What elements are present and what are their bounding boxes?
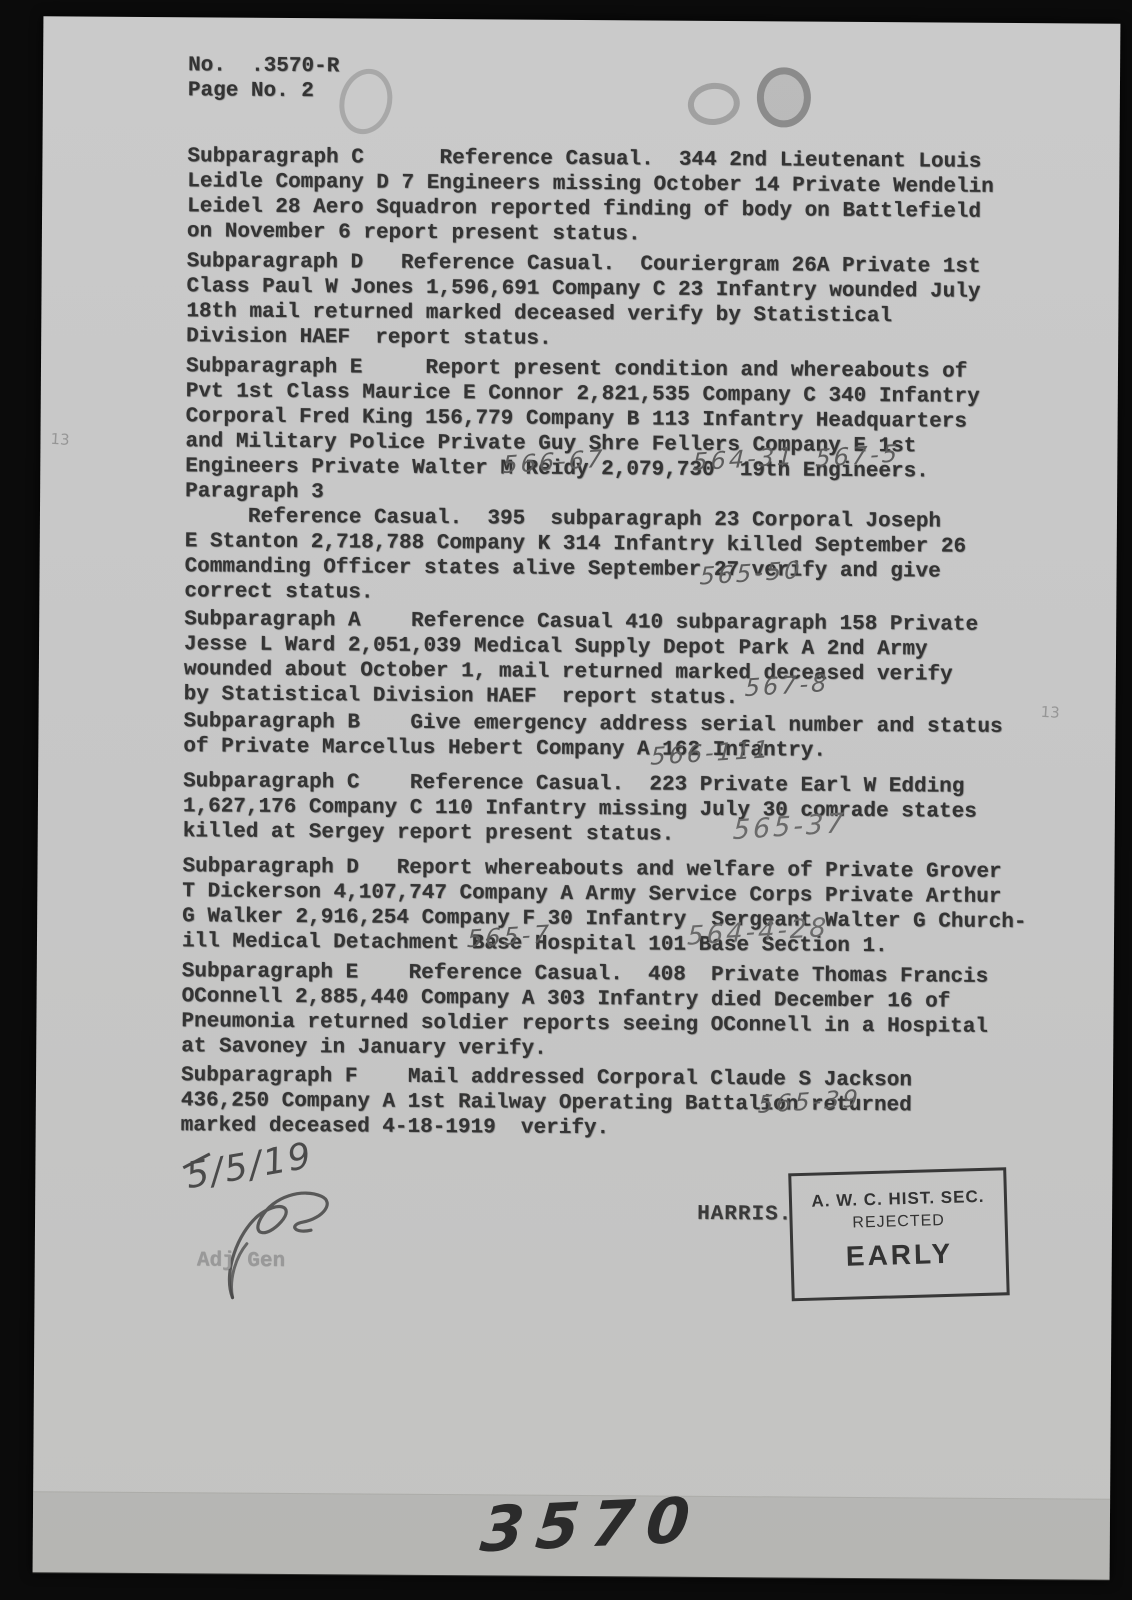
right-margin-mark: 13 bbox=[1040, 703, 1060, 722]
document-paper: No. .3570-R Page No. 2 Subparagraph C Re… bbox=[33, 16, 1121, 1579]
left-margin-mark: 13 bbox=[50, 430, 70, 449]
handwritten-doc-number: 3570 bbox=[478, 1483, 705, 1566]
subparagraph-d2-text: Subparagraph D Report whereabouts and we… bbox=[182, 854, 1027, 960]
subparagraph-e2-text: Subparagraph E Reference Casual. 408 Pri… bbox=[181, 959, 988, 1065]
handwritten-ref-567-5: 567-5 bbox=[815, 439, 901, 472]
circle-smudge-right-1 bbox=[686, 81, 742, 128]
subparagraph-d1-text: Subparagraph D Reference Casual. Courier… bbox=[186, 249, 981, 355]
scanned-document-page: { "header": { "doc_no_line": "No. .3570-… bbox=[0, 0, 1132, 1600]
stamp-line-3: EARLY bbox=[793, 1236, 1006, 1274]
subparagraph-c1-text: Subparagraph C Reference Casual. 344 2nd… bbox=[187, 144, 994, 250]
stamp-line-1: A. W. C. HIST. SEC. bbox=[792, 1186, 1004, 1212]
adj-gen-label: Adj Gen bbox=[197, 1249, 285, 1273]
rejection-stamp: A. W. C. HIST. SEC. REJECTED EARLY bbox=[788, 1167, 1009, 1301]
signature-scribble bbox=[202, 1177, 353, 1313]
stamp-line-2: REJECTED bbox=[792, 1210, 1004, 1234]
handwritten-ref-567-8: 567-8 bbox=[744, 669, 830, 702]
handwritten-ref-565-7: 565-7 bbox=[467, 920, 553, 953]
subparagraph-c2-text: Subparagraph C Reference Casual. 223 Pri… bbox=[183, 769, 977, 850]
page-header: No. .3570-R Page No. 2 bbox=[188, 53, 340, 104]
paragraph-3-text: Paragraph 3 Reference Casual. 395 subpar… bbox=[184, 479, 966, 609]
harris-name: HARRIS. bbox=[697, 1203, 792, 1227]
circle-smudge-right-2 bbox=[757, 67, 811, 127]
subparagraph-b-text: Subparagraph B Give emergency address se… bbox=[183, 709, 1002, 765]
subparagraph-a-text: Subparagraph A Reference Casual 410 subp… bbox=[184, 607, 979, 713]
circle-smudge-left bbox=[332, 63, 399, 140]
